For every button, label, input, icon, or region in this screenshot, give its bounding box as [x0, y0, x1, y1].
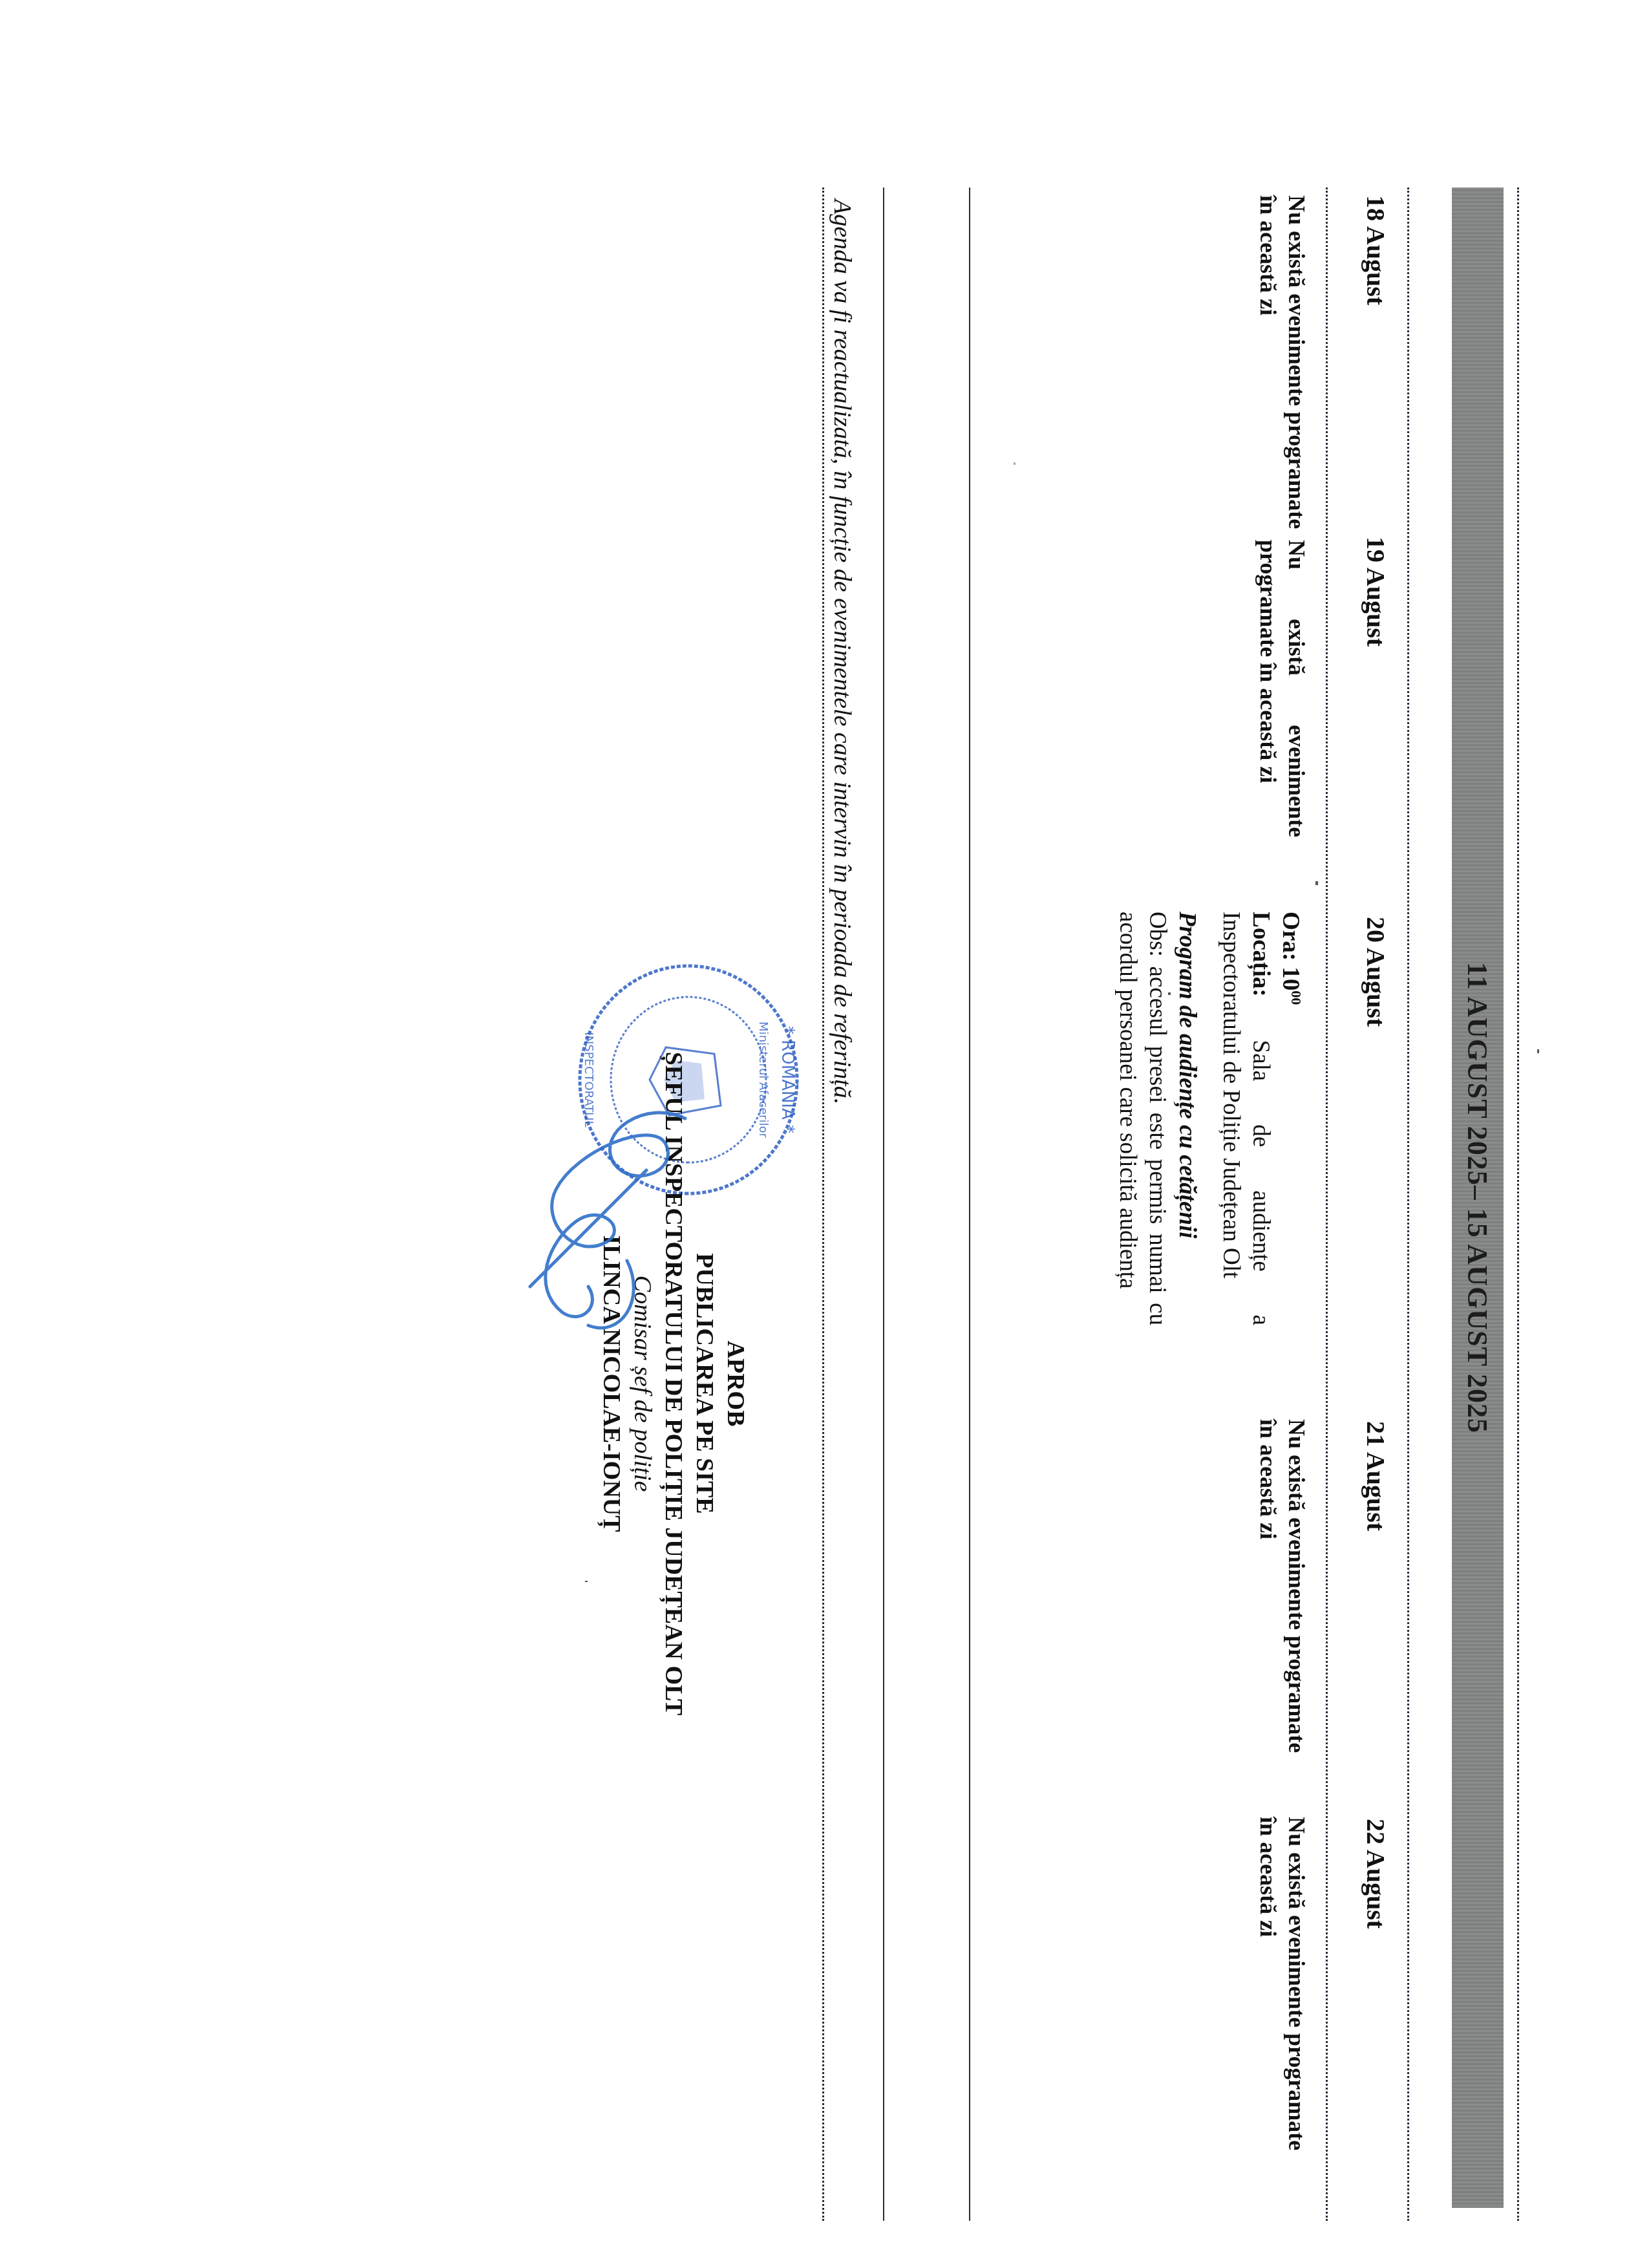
day-content-20: Ora: 1000 Locația: Sala de audiențe a In…	[1112, 912, 1311, 1325]
content-bottom-border	[969, 187, 970, 2221]
empty-row-border	[883, 187, 884, 2221]
day-content-21: Nu există evenimente programate în aceas…	[1254, 1419, 1311, 1755]
agenda-update-note: Agenda va fi reactualizată, în funcție d…	[828, 199, 856, 1104]
time-minutes: 00	[1288, 990, 1304, 1005]
approver-name: ILINCA NICOLAE-IONUȚ	[596, 996, 627, 1771]
day-heading-19: 19 August	[1361, 537, 1391, 647]
event-note: Obs: accesul presei este permis numai cu…	[1112, 912, 1172, 1325]
time-label: Ora:	[1277, 912, 1304, 961]
day-content-22: Nu există evenimente programate în aceas…	[1254, 1817, 1311, 2153]
agenda-document: 11 AUGUST 2025– 15 AUGUST 2025 18 August…	[504, 187, 1538, 2221]
location-label: Locația:	[1248, 912, 1274, 997]
scan-speck	[1537, 1049, 1539, 1053]
event-time: Ora: 1000	[1275, 912, 1311, 1325]
event-location: Locația: Sala de audiențe a Inspectoratu…	[1216, 912, 1275, 1325]
time-value: 10	[1277, 967, 1304, 990]
page-title: 11 AUGUST 2025– 15 AUGUST 2025	[1462, 962, 1495, 1433]
day-heading-22: 22 August	[1361, 1819, 1391, 1929]
header-band: 11 AUGUST 2025– 15 AUGUST 2025	[1452, 187, 1504, 2208]
svg-text:* ROMÂNIA *: * ROMÂNIA *	[778, 1026, 798, 1133]
approver-title: ȘEFUL INSPECTORATULUI DE POLIȚIE JUDEȚEA…	[658, 996, 689, 1771]
scan-speck	[1168, 992, 1171, 995]
svg-text:Ministerul Afacerilor: Ministerul Afacerilor	[756, 1022, 770, 1138]
scan-speck	[1014, 462, 1016, 465]
approval-heading: APROB	[720, 996, 751, 1771]
table-top-border	[1517, 187, 1519, 2221]
approver-rank: Comisar șef de poliție	[627, 996, 658, 1771]
scan-speck	[585, 1581, 588, 1582]
footer-border	[822, 187, 824, 2221]
day-content-18: Nu există evenimente programate în aceas…	[1254, 195, 1311, 531]
event-section-title: Program de audiențe cu cetățenii	[1172, 912, 1202, 1325]
day-heading-20: 20 August	[1361, 917, 1391, 1027]
day-content-19: Nu există evenimente programate în aceas…	[1254, 540, 1311, 837]
day-heading-18: 18 August	[1361, 195, 1391, 305]
day-heading-21: 21 August	[1361, 1421, 1391, 1531]
svg-text:INSPECTORATUL: INSPECTORATUL	[582, 1032, 595, 1127]
approval-subheading: PUBLICAREA PE SITE	[689, 996, 720, 1771]
header-bottom-border	[1407, 187, 1409, 2221]
date-row-border	[1326, 187, 1328, 2221]
scan-speck	[1315, 881, 1318, 885]
approval-block: APROB PUBLICAREA PE SITE ȘEFUL INSPECTOR…	[596, 996, 751, 1771]
